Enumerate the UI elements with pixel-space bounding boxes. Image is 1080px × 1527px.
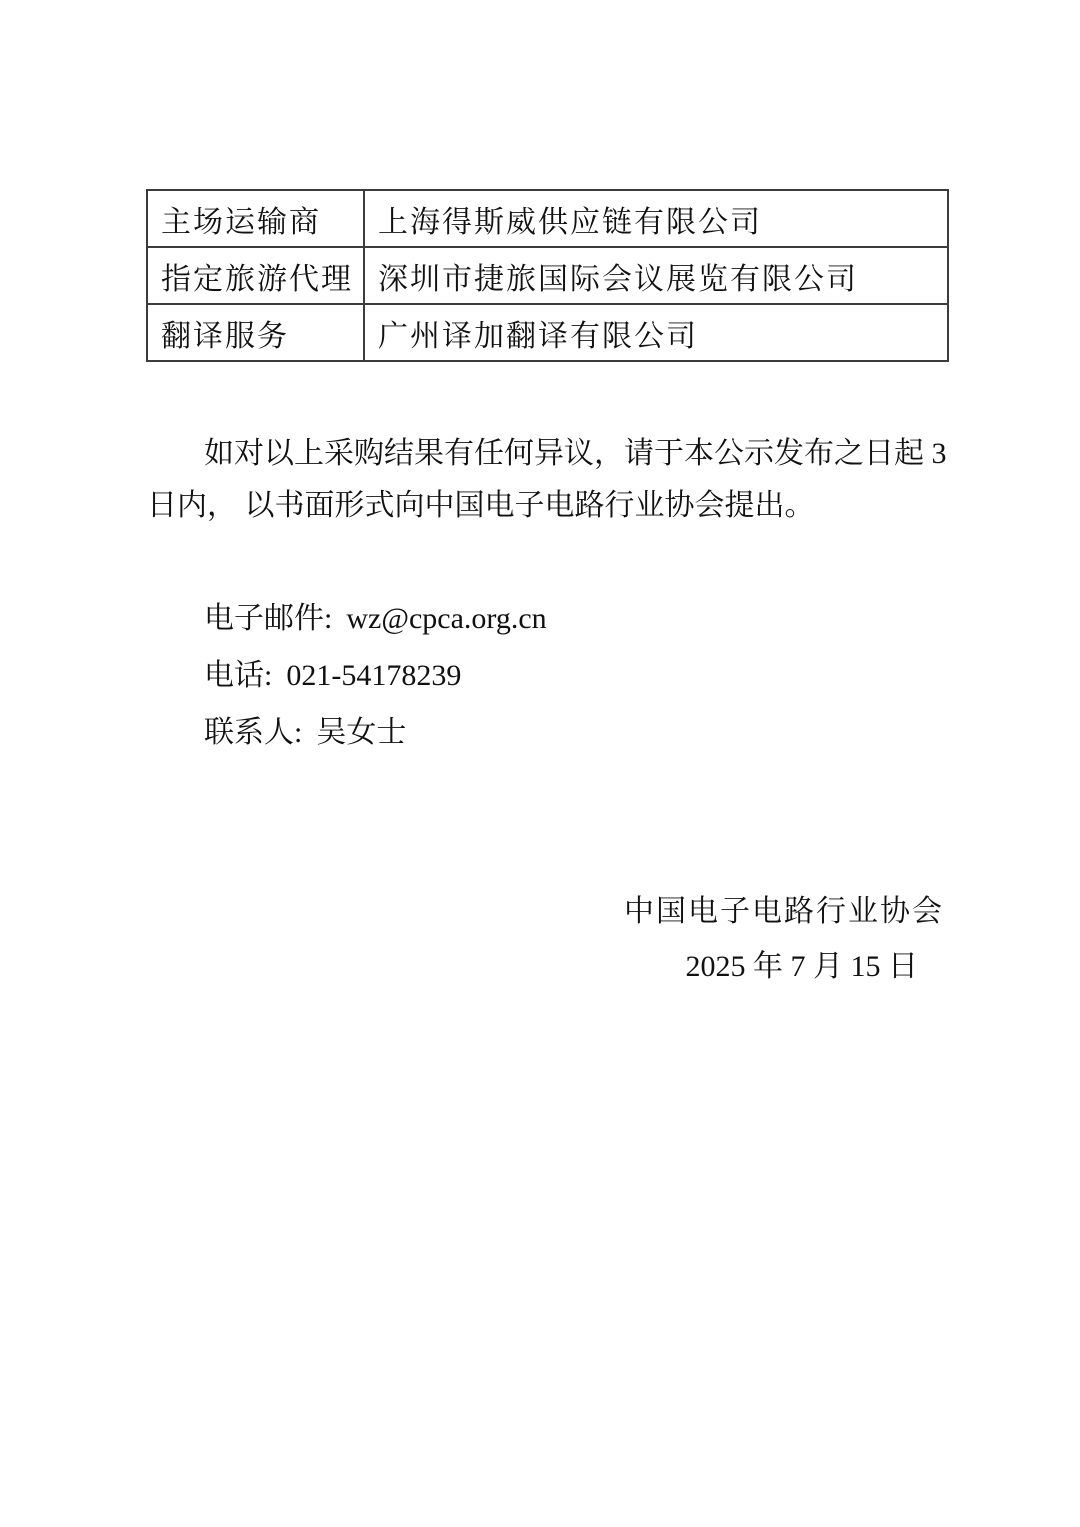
document-page: 主场运输商 上海得斯威供应链有限公司 指定旅游代理 深圳市捷旅国际会议展览有限公… bbox=[0, 0, 1080, 1527]
contact-phone: 电话:021-54178239 bbox=[204, 647, 547, 704]
row-value-cell: 广州译加翻译有限公司 bbox=[364, 304, 948, 361]
table-row: 主场运输商 上海得斯威供应链有限公司 bbox=[147, 190, 948, 247]
table-row: 翻译服务 广州译加翻译有限公司 bbox=[147, 304, 948, 361]
row-value-cell: 深圳市捷旅国际会议展览有限公司 bbox=[364, 247, 948, 304]
contact-email-value: wz@cpca.org.cn bbox=[346, 602, 546, 635]
contact-phone-label: 电话: bbox=[204, 659, 272, 692]
contact-phone-value: 021-54178239 bbox=[286, 659, 461, 692]
table-row: 指定旅游代理 深圳市捷旅国际会议展览有限公司 bbox=[147, 247, 948, 304]
row-label-cell: 主场运输商 bbox=[147, 190, 364, 247]
notice-paragraph: 如对以上采购结果有任何异议，请于本公示发布之日起 3 日内， 以书面形式向中国电… bbox=[147, 428, 977, 532]
contact-person-value: 吴女士 bbox=[316, 716, 406, 749]
contact-person-label: 联系人: bbox=[204, 716, 302, 749]
contact-person: 联系人:吴女士 bbox=[204, 704, 547, 761]
contact-block: 电子邮件:wz@cpca.org.cn 电话:021-54178239 联系人:… bbox=[204, 590, 547, 761]
row-label-cell: 翻译服务 bbox=[147, 304, 364, 361]
row-label-cell: 指定旅游代理 bbox=[147, 247, 364, 304]
notice-line-1: 如对以上采购结果有任何异议，请于本公示发布之日起 3 bbox=[147, 428, 977, 480]
contact-email-label: 电子邮件: bbox=[204, 602, 332, 635]
signature-date: 2025 年 7 月 15 日 bbox=[686, 941, 919, 985]
notice-line-2: 日内， 以书面形式向中国电子电路行业协会提出。 bbox=[147, 480, 977, 532]
procurement-table: 主场运输商 上海得斯威供应链有限公司 指定旅游代理 深圳市捷旅国际会议展览有限公… bbox=[146, 189, 949, 362]
contact-email: 电子邮件:wz@cpca.org.cn bbox=[204, 590, 547, 647]
signature-organization: 中国电子电路行业协会 bbox=[624, 886, 944, 930]
row-value-cell: 上海得斯威供应链有限公司 bbox=[364, 190, 948, 247]
